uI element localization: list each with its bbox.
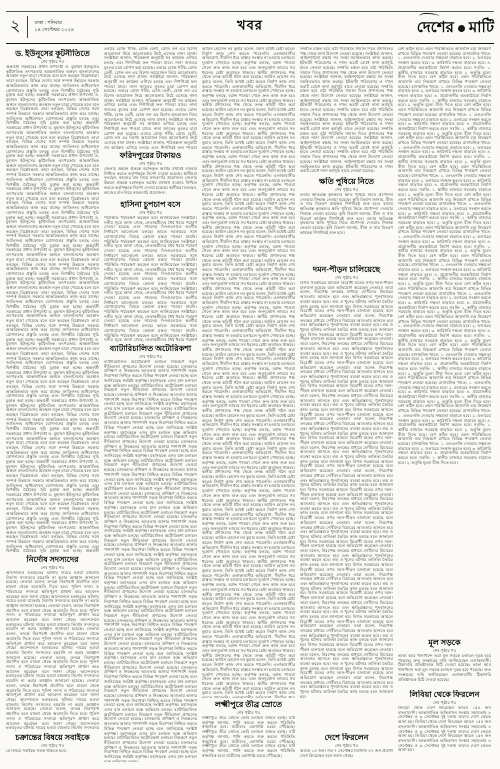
article-headline: ড. ইউনূসের কূটনীতিতে [6, 49, 99, 59]
column-3: আমিন হোসেন নব কুমার বলেন, তিনি যথেষ্ট চে… [202, 47, 295, 765]
continued-from-label: শেষ পৃষ্ঠার পর [398, 648, 491, 653]
article-headline: ফরিদপুরের টাকায়ও [104, 151, 197, 161]
article-headline: চক্রান্তের বিষয়ে সবাইকে [6, 733, 99, 743]
article: আমিন হোসেন নব কুমার বলেন, তিনি যথেষ্ট চে… [202, 47, 295, 698]
continued-from-label: শেষ পৃষ্ঠার পর [300, 187, 393, 192]
continued-from-label: শেষ পৃষ্ঠার পর [202, 710, 295, 715]
article-body: যে বিষয়ে সবাইকে সতর্ক থাকতে হবে। [6, 749, 99, 761]
article-body: আন্দোলনে হতাহতের ঘটনায় দায়ের হওয়া মাম… [6, 571, 99, 731]
article: সম্প্রতি চঞ্চল হয়ে ওঠা পরিস্থিতি সামাল … [300, 47, 393, 175]
article-body: আমিন হোসেন নব কুমার বলেন, তিনি যথেষ্ট চে… [202, 47, 295, 698]
continued-from-label: শেষ পৃষ্ঠার পর [104, 354, 197, 359]
article-body: বেশ কঠিন হবে। এমন পরিস্থিতিতে আমদানি ব্য… [398, 47, 491, 636]
masthead: দেশের মাটি [417, 13, 494, 41]
article: বেশ কঠিন হবে। এমন পরিস্থিতিতে আমদানি ব্য… [398, 47, 491, 636]
continued-from-label: শেষ পৃষ্ঠার পর [6, 565, 99, 570]
article: চক্রান্তের বিষয়ে সবাইকে শেষ পৃষ্ঠার পর … [6, 733, 99, 761]
continued-from-label: শেষ পৃষ্ঠার পর [6, 743, 99, 748]
page-header: ২ ঢাকা : শনিবার ১৪ সেপ্টেম্বর ২০২৪ খবর দ… [6, 12, 494, 42]
article: দমন-পীড়ন চালিয়েছে শেষ পৃষ্ঠার পর বিগত … [300, 265, 393, 731]
article: এবারে রোজ খাঁকি, রোজ বেলী, রোজ লন এর বিশ… [104, 47, 197, 149]
article-body: সম্প্রতি চঞ্চল হয়ে ওঠা পরিস্থিতি সামাল … [300, 47, 393, 175]
article-body: পরিস্থিতি পর্যবেক্ষণ করছেন বলে জানিয়েছে… [104, 216, 197, 342]
continued-from-label: শেষ পৃষ্ঠার পর [398, 700, 491, 705]
article-body: অন্তর্বর্তী সরকারের প্রধান উপদেষ্টা ড. ম… [6, 65, 99, 553]
article-body: লিবিয়া থেকে দেশে ফিরেছেন আরও ১৫৪ জন বাং… [398, 706, 491, 764]
article-body: ভাঙা আর খানাখন্দে ভরা মূল সড়কে চলাচল দু… [398, 654, 491, 688]
newspaper-page: ২ ঢাকা : শনিবার ১৪ সেপ্টেম্বর ২০২৪ খবর দ… [0, 0, 500, 769]
article: নির্দোষ সদস্যদের শেষ পৃষ্ঠার পর আন্দোলনে… [6, 555, 99, 731]
header-divider [27, 16, 28, 38]
article: ফরিদপুরের টাকায়ও শেষ পৃষ্ঠার পর জেলার উ… [104, 151, 197, 198]
article-headline: ক্ষতি পুষিয়ে নিতে [300, 177, 393, 187]
article-headline: লক্ষ্মীপুরে তীব্র স্রোতে [202, 700, 295, 710]
continued-from-label: শেষ পৃষ্ঠার পর [300, 743, 393, 748]
masthead-word-2: মাটি [469, 16, 494, 41]
article-body: বন্যায় ক্ষতিগ্রস্ত কৃষকদের ক্ষতি পুষিয়… [300, 193, 393, 263]
article-headline: ব্যাটারিচালিত অটোরিকশা [104, 344, 197, 354]
article: দেশে ফিরলেন শেষ পৃষ্ঠার পর আজে ১৪ জন। গত… [300, 733, 393, 763]
article-body: ব্যাটারিচালিত অটোরিকশা চলাচল নিয়ন্ত্রণে… [104, 360, 197, 762]
header-rule [6, 43, 494, 44]
masthead-word-1: দেশের [417, 16, 454, 41]
article-headline: মূল সড়কে [398, 638, 491, 648]
page-content: ড. ইউনূসের কূটনীতিতে শেষ পৃষ্ঠার পর অন্ত… [6, 47, 494, 765]
article: ড. ইউনূসের কূটনীতিতে শেষ পৃষ্ঠার পর অন্ত… [6, 49, 99, 553]
article-headline: হাসিনা চুপচাপ বসে [104, 200, 197, 210]
continued-from-label: শেষ পৃষ্ঠার পর [6, 59, 99, 64]
article-headline: দমন-পীড়ন চালিয়েছে [300, 265, 393, 275]
column-4: সম্প্রতি চঞ্চল হয়ে ওঠা পরিস্থিতি সামাল … [300, 47, 393, 765]
article: মূল সড়কে শেষ পৃষ্ঠার পর ভাঙা আর খানাখন্… [398, 638, 491, 688]
article-headline: নির্দোষ সদস্যদের [6, 555, 99, 565]
continued-from-label: শেষ পৃষ্ঠার পর [104, 161, 197, 166]
article: ক্ষতি পুষিয়ে নিতে শেষ পৃষ্ঠার পর বন্যায… [300, 177, 393, 263]
article-body: এবারে রোজ খাঁকি, রোজ বেলী, রোজ লন এর বিশ… [104, 47, 197, 149]
date-block: ঢাকা : শনিবার ১৪ সেপ্টেম্বর ২০২৪ [34, 20, 74, 34]
date-line-1: ঢাকা : শনিবার [34, 20, 74, 27]
column-2: এবারে রোজ খাঁকি, রোজ বেলী, রোজ লন এর বিশ… [104, 47, 197, 765]
article: হাসিনা চুপচাপ বসে শেষ পৃষ্ঠার পর পরিস্থি… [104, 200, 197, 342]
section-title: খবর [237, 17, 263, 38]
column-1: ড. ইউনূসের কূটনীতিতে শেষ পৃষ্ঠার পর অন্ত… [6, 47, 99, 765]
article: লক্ষ্মীপুরে তীব্র স্রোতে শেষ পৃষ্ঠার পর … [202, 700, 295, 764]
column-5: বেশ কঠিন হবে। এমন পরিস্থিতিতে আমদানি ব্য… [398, 47, 491, 765]
article-body: বিগত সরকারের আমলে বিরোধী মতের ওপর দমন-পী… [300, 281, 393, 731]
article-headline: দেশে ফিরলেন [300, 733, 393, 743]
article-headline: লিবিয়া থেকে ফিরলেন [398, 690, 491, 700]
continued-from-label: শেষ পৃষ্ঠার পর [300, 275, 393, 280]
page-number: ২ [6, 19, 27, 35]
article: ব্যাটারিচালিত অটোরিকশা শেষ পৃষ্ঠার পর ব্… [104, 344, 197, 762]
article-body: লক্ষ্মীপুরে তীব্র স্রোতে ফেরি চলাচল ব্যা… [202, 716, 295, 764]
masthead-dot-icon [458, 25, 465, 32]
article: লিবিয়া থেকে ফিরলেন শেষ পৃষ্ঠার পর লিবিয… [398, 690, 491, 764]
continued-from-label: শেষ পৃষ্ঠার পর [104, 210, 197, 215]
article-body: জেলার উন্নয়ন প্রকল্পে বরাদ্দকৃত অর্থের … [104, 167, 197, 198]
masthead-flourish [419, 13, 439, 18]
article-body: আজে ১৪ জন। গত ৭ সেপ্টেম্বর নিখোঁজ ৪৭ জন … [300, 749, 393, 763]
date-line-2: ১৪ সেপ্টেম্বর ২০২৪ [34, 27, 74, 34]
